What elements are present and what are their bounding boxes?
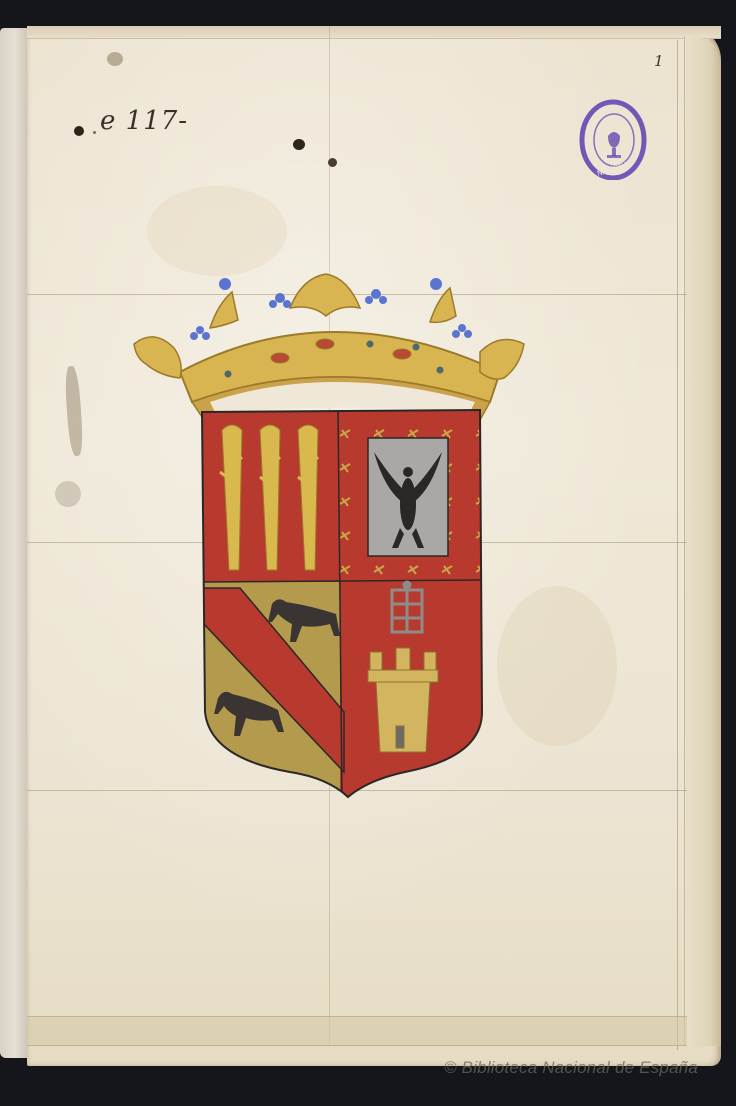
- manuscript-scan: e 117- 1 ECA NACIONAL: [0, 0, 736, 1106]
- ink-dot: [74, 126, 84, 136]
- ink-stain: [64, 366, 84, 457]
- library-stamp-icon: ECA NACIONAL: [578, 96, 648, 180]
- right-paper-edge: [684, 36, 721, 1046]
- crown-icon: [134, 274, 524, 420]
- folio-number: 1: [654, 52, 664, 70]
- stain: [55, 481, 81, 507]
- copyright-watermark: © Biblioteca Nacional de España: [444, 1058, 698, 1078]
- stain: [107, 52, 123, 66]
- bottom-paper-band: [27, 1016, 687, 1046]
- coat-of-arms: [130, 252, 530, 802]
- fold-line: [677, 40, 678, 1050]
- ink-dot: [93, 131, 96, 134]
- ink-dot: [293, 139, 305, 150]
- ink-dot: [328, 158, 337, 167]
- shelfmark-annotation: e 117-: [100, 106, 188, 136]
- facing-page-edge: [0, 28, 27, 1058]
- top-paper-edge: [27, 26, 721, 39]
